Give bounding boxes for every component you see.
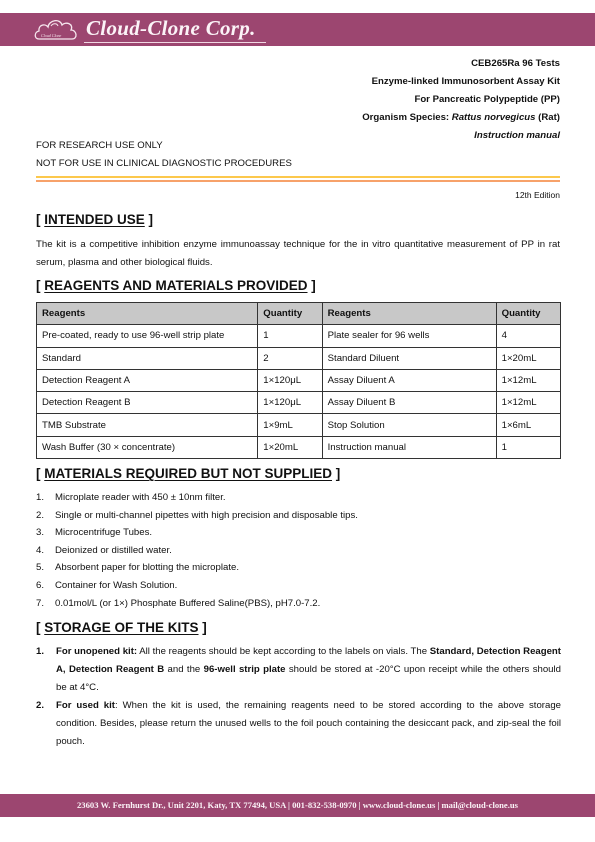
- reagent-name: Standard: [37, 347, 258, 369]
- reagent-quantity: 2: [258, 347, 322, 369]
- reagent-quantity: 1: [258, 325, 322, 347]
- list-item: 6.Container for Wash Solution.: [36, 577, 358, 595]
- usage-notice: FOR RESEARCH USE ONLY NOT FOR USE IN CLI…: [36, 137, 292, 173]
- section-title-intended-use: [ INTENDED USE ]: [36, 212, 153, 227]
- species-latin: Rattus norvegicus: [452, 112, 536, 123]
- assay-type: Enzyme-linked Immunosorbent Assay Kit: [362, 73, 560, 91]
- section-title-reagents: [ REAGENTS AND MATERIALS PROVIDED ]: [36, 278, 316, 293]
- reagent-quantity: 1×120μL: [258, 392, 322, 414]
- reagent-quantity: 1×12mL: [496, 369, 560, 391]
- brand-name: Cloud-Clone Corp.: [86, 16, 256, 41]
- list-item: 7.0.01mol/L (or 1×) Phosphate Buffered S…: [36, 595, 358, 613]
- reagent-quantity: 4: [496, 325, 560, 347]
- storage-list: 1. For unopened kit: All the reagents sh…: [36, 643, 561, 751]
- list-item: 5.Absorbent paper for blotting the micro…: [36, 559, 358, 577]
- reagent-name: Assay Diluent A: [322, 369, 496, 391]
- reagents-table: Reagents Quantity Reagents Quantity Pre-…: [36, 302, 561, 459]
- table-row: Pre-coated, ready to use 96-well strip p…: [37, 325, 561, 347]
- organism-species: Organism Species: Rattus norvegicus (Rat…: [362, 109, 560, 127]
- reagent-name: Standard Diluent: [322, 347, 496, 369]
- svg-text:Cloud Clone: Cloud Clone: [41, 33, 62, 38]
- reagent-name: Instruction manual: [322, 436, 496, 458]
- document-type: Instruction manual: [362, 127, 560, 145]
- reagent-name: TMB Substrate: [37, 414, 258, 436]
- table-header-row: Reagents Quantity Reagents Quantity: [37, 303, 561, 325]
- reagent-name: Plate sealer for 96 wells: [322, 325, 496, 347]
- reagent-name: Wash Buffer (30 × concentrate): [37, 436, 258, 458]
- reagent-quantity: 1×12mL: [496, 392, 560, 414]
- reagent-quantity: 1×20mL: [258, 436, 322, 458]
- list-item: 4.Deionized or distilled water.: [36, 542, 358, 560]
- reagent-name: Detection Reagent A: [37, 369, 258, 391]
- table-row: TMB Substrate1×9mLStop Solution1×6mL: [37, 414, 561, 436]
- table-row: Wash Buffer (30 × concentrate)1×20mLInst…: [37, 436, 561, 458]
- reagent-name: Stop Solution: [322, 414, 496, 436]
- reagent-name: Pre-coated, ready to use 96-well strip p…: [37, 325, 258, 347]
- reagent-quantity: 1: [496, 436, 560, 458]
- table-row: Detection Reagent B1×120μLAssay Diluent …: [37, 392, 561, 414]
- table-row: Standard2Standard Diluent1×20mL: [37, 347, 561, 369]
- reagent-name: Assay Diluent B: [322, 392, 496, 414]
- intended-use-text: The kit is a competitive inhibition enzy…: [36, 236, 560, 271]
- cloud-logo-icon: Cloud Clone: [33, 17, 79, 43]
- list-item: 1.Microplate reader with 450 ± 10nm filt…: [36, 489, 358, 507]
- list-item: 2. For used kit: When the kit is used, t…: [36, 697, 561, 751]
- section-title-materials: [ MATERIALS REQUIRED BUT NOT SUPPLIED ]: [36, 466, 340, 481]
- brand-underline: [84, 42, 266, 43]
- table-row: Detection Reagent A1×120μLAssay Diluent …: [37, 369, 561, 391]
- reagent-quantity: 1×6mL: [496, 414, 560, 436]
- edition-label: 12th Edition: [515, 190, 560, 200]
- divider-yellow: [36, 176, 560, 178]
- reagent-quantity: 1×9mL: [258, 414, 322, 436]
- footer-contact: 23603 W. Fernhurst Dr., Unit 2201, Katy,…: [0, 800, 595, 810]
- reagent-name: Detection Reagent B: [37, 392, 258, 414]
- divider-orange: [36, 180, 560, 182]
- reagent-quantity: 1×120μL: [258, 369, 322, 391]
- reagent-quantity: 1×20mL: [496, 347, 560, 369]
- kit-info: CEB265Ra 96 Tests Enzyme-linked Immunoso…: [362, 55, 560, 145]
- materials-list: 1.Microplate reader with 450 ± 10nm filt…: [36, 489, 358, 612]
- list-item: 1. For unopened kit: All the reagents sh…: [36, 643, 561, 697]
- footer-bar: 23603 W. Fernhurst Dr., Unit 2201, Katy,…: [0, 794, 595, 817]
- header-bar: Cloud Clone Cloud-Clone Corp.: [0, 13, 595, 46]
- list-item: 3.Microcentrifuge Tubes.: [36, 524, 358, 542]
- target-name: For Pancreatic Polypeptide (PP): [362, 91, 560, 109]
- catalog-number: CEB265Ra 96 Tests: [362, 55, 560, 73]
- section-title-storage: [ STORAGE OF THE KITS ]: [36, 620, 207, 635]
- list-item: 2.Single or multi-channel pipettes with …: [36, 507, 358, 525]
